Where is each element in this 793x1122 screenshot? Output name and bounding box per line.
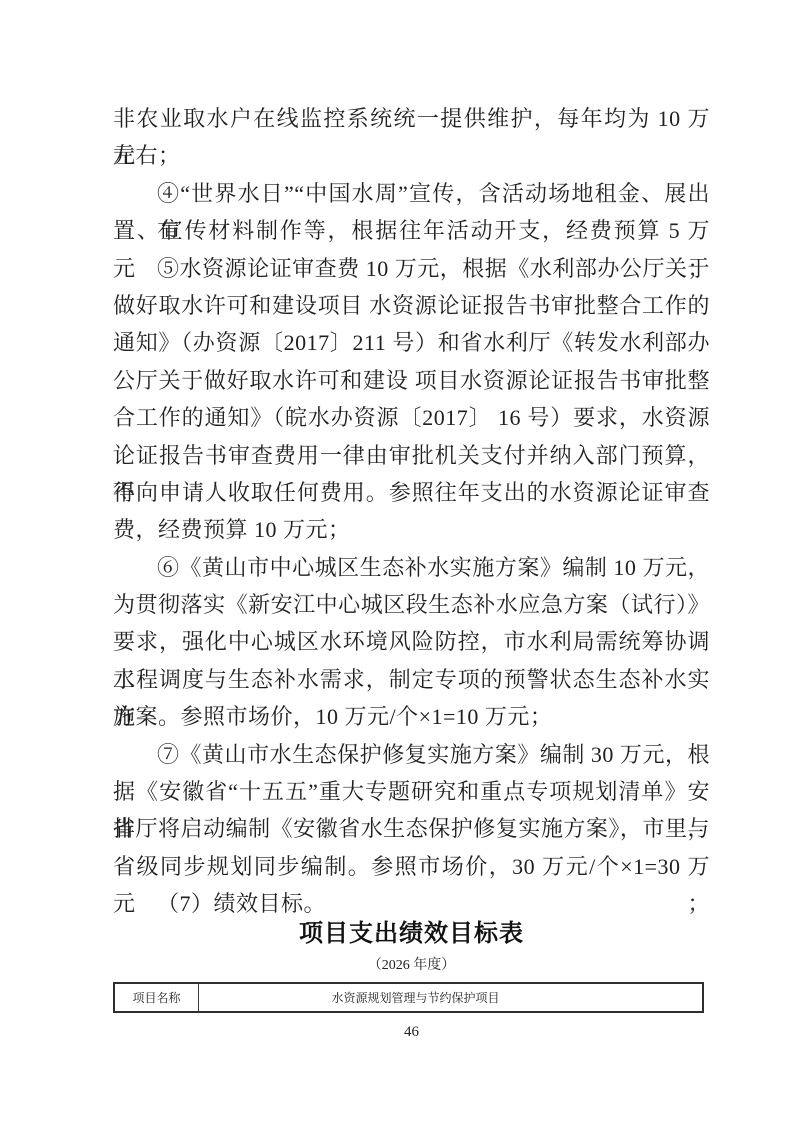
body-line: 左右； <box>113 137 710 174</box>
body-line: 合工作的通知》（皖水办资源〔2017〕 16 号）要求，水资源 <box>113 399 710 436</box>
table-row: 项目名称水资源规划管理与节约保护项目 <box>114 983 703 1012</box>
table-row-value: 水资源规划管理与节约保护项目 <box>199 983 704 1012</box>
body-line: 费，经费预算 10 万元； <box>113 511 710 548</box>
body-line: ④“世界水日”“中国水周”宣传，含活动场地租金、展出布 <box>113 175 710 212</box>
table-row-label: 项目名称 <box>114 983 199 1012</box>
body-line: 置、宣传材料制作等，根据往年活动开支，经费预算 5 万元； <box>113 212 710 249</box>
body-line: 省级同步规划同步编制。参照市场价，30 万元/个×1=30 万元； <box>113 848 710 885</box>
body-line: 为贯彻落实《新安江中心城区段生态补水应急方案（试行）》 <box>113 586 710 623</box>
body-line: 做好取水许可和建设项目 水资源论证报告书审批整合工作的 <box>113 287 710 324</box>
body-line: 论证报告书审查费用一律由审批机关支付并纳入部门预算，不 <box>113 437 710 474</box>
body-line: 方案。参照市场价，10 万元/个×1=10 万元； <box>113 698 710 735</box>
body-line: ⑤水资源论证审查费 10 万元，根据《水利部办公厅关于 <box>113 250 710 287</box>
body-line: ⑥《黄山市中心城区生态补水实施方案》编制 10 万元， <box>113 549 710 586</box>
performance-table-year: （2026 年度） <box>113 956 710 976</box>
page-number: 46 <box>113 1022 710 1042</box>
document-page: 非农业取水户在线监控系统统一提供维护，每年均为 10 万元左右；④“世界水日”“… <box>0 0 793 1122</box>
performance-target-table-body: 项目名称水资源规划管理与节约保护项目 <box>114 983 703 1012</box>
body-text-block: 非农业取水户在线监控系统统一提供维护，每年均为 10 万元左右；④“世界水日”“… <box>113 100 710 923</box>
body-line: 工程调度与生态补水需求，制定专项的预警状态生态补水实施 <box>113 661 710 698</box>
body-line: 要求，强化中心城区水环境风险防控，市水利局需统筹协调水 <box>113 623 710 660</box>
body-line: 通知》（办资源〔2017〕211 号）和省水利厅《转发水利部办 <box>113 324 710 361</box>
body-line: 公厅关于做好取水许可和建设 项目水资源论证报告书审批整 <box>113 362 710 399</box>
body-line: 省厅将启动编制《安徽省水生态保护修复实施方案》，市里与 <box>113 810 710 847</box>
performance-table-title: 项目支出绩效目标表 <box>113 918 710 950</box>
body-line: 非农业取水户在线监控系统统一提供维护，每年均为 10 万元 <box>113 100 710 137</box>
body-line: 据《安徽省“十五五”重大专题研究和重点专项规划清单》安排， <box>113 773 710 810</box>
performance-target-table: 项目名称水资源规划管理与节约保护项目 <box>113 982 704 1013</box>
body-line: 得向申请人收取任何费用。参照往年支出的水资源论证审查 <box>113 474 710 511</box>
body-line: ⑦《黄山市水生态保护修复实施方案》编制 30 万元，根 <box>113 736 710 773</box>
